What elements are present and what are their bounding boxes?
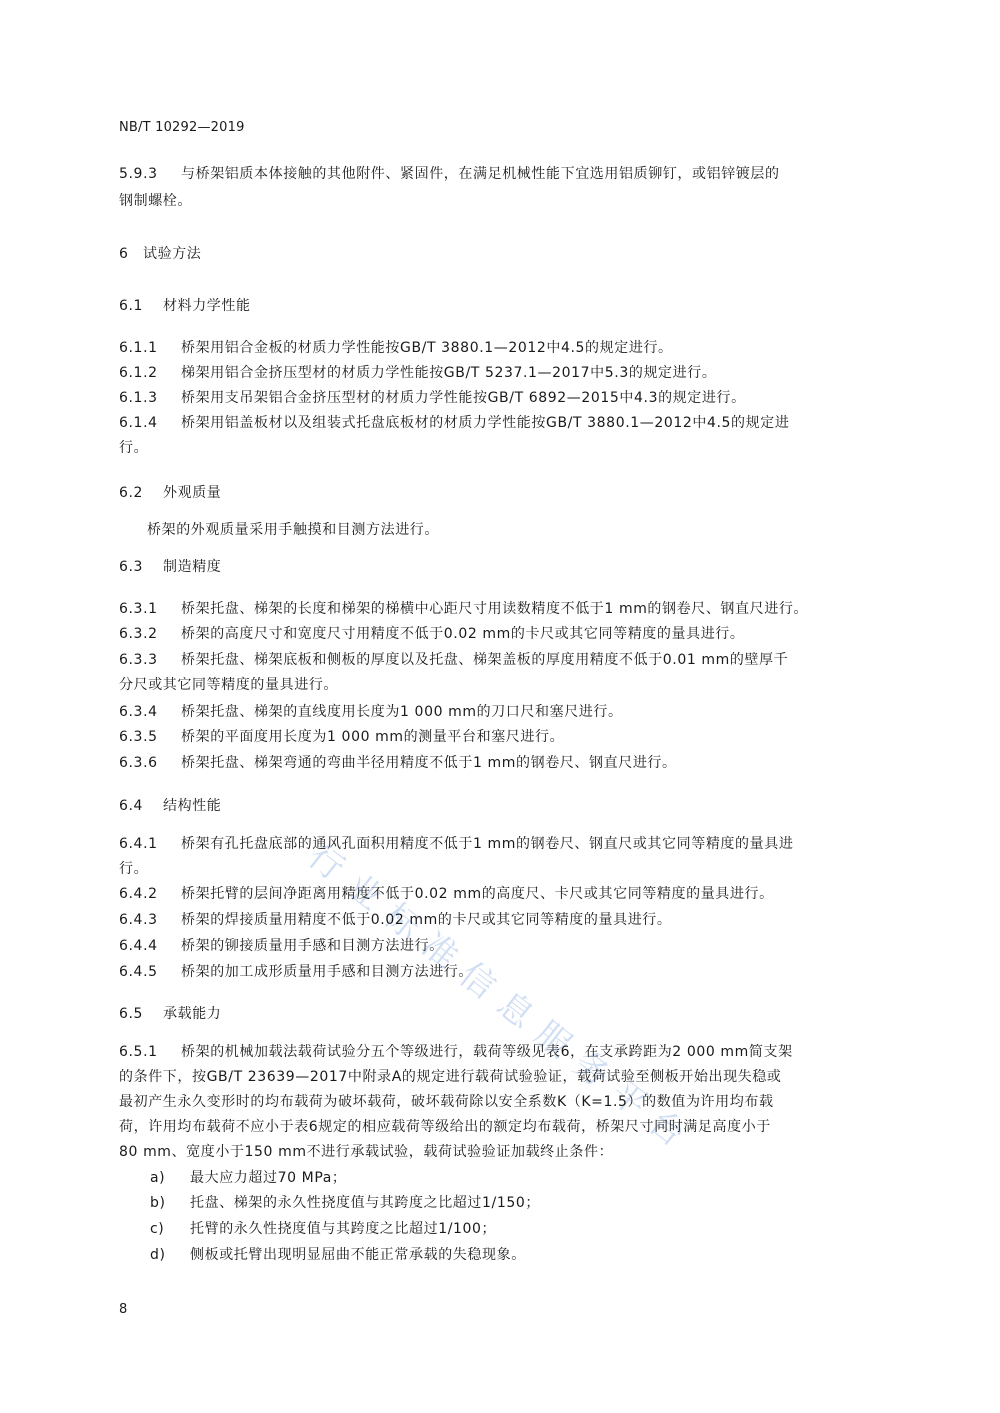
section-title: 承载能力 xyxy=(163,1006,221,1022)
clause-text: 桥架的机械加载法载荷试验分五个等级进行，载荷等级见表6，在支承跨距为2 000 … xyxy=(181,1044,793,1060)
list-text: 侧板或托臂出现明显屈曲不能正常承载的失稳现象。 xyxy=(190,1247,526,1263)
condition-item-a: a)最大应力超过70 MPa； xyxy=(150,1167,347,1187)
section-title: 结构性能 xyxy=(163,798,221,814)
clause-number: 6.4.5 xyxy=(119,964,181,980)
clause-6-3-3: 6.3.3桥架托盘、梯架底板和侧板的厚度以及托盘、梯架盖板的厚度用精度不低于0.… xyxy=(119,649,788,669)
section-number: 6.2 xyxy=(119,485,163,501)
clause-text: 桥架托盘、梯架的长度和梯架的梯横中心距尺寸用读数精度不低于1 mm的钢卷尺、钢直… xyxy=(181,601,808,617)
clause-text: 桥架有孔托盘底部的通风孔面积用精度不低于1 mm的钢卷尺、钢直尺或其它同等精度的… xyxy=(181,836,793,852)
clause-6-4-5: 6.4.5桥架的加工成形质量用手感和目测方法进行。 xyxy=(119,961,473,981)
clause-6-5-1-line5: 80 mm、宽度小于150 mm不进行承载试验，载荷试验验证加载终止条件： xyxy=(119,1141,613,1161)
section-heading-6-1: 6.1材料力学性能 xyxy=(119,295,251,315)
section-title: 材料力学性能 xyxy=(163,298,251,314)
section-title: 试验方法 xyxy=(143,246,201,262)
clause-number: 6.5.1 xyxy=(119,1044,181,1060)
clause-text: 与桥架铝质本体接触的其他附件、紧固件，在满足机械性能下宜选用铝质铆钉，或铝锌镀层… xyxy=(181,166,780,182)
list-text: 最大应力超过70 MPa； xyxy=(190,1170,347,1186)
section-number: 6.1 xyxy=(119,298,163,314)
section-6-2-body: 桥架的外观质量采用手触摸和目测方法进行。 xyxy=(147,519,439,539)
clause-text: 桥架托盘、梯架弯通的弯曲半径用精度不低于1 mm的钢卷尺、钢直尺进行。 xyxy=(181,755,677,771)
clause-6-5-1: 6.5.1桥架的机械加载法载荷试验分五个等级进行，载荷等级见表6，在支承跨距为2… xyxy=(119,1041,793,1061)
clause-text: 桥架托臂的层间净距离用精度不低于0.02 mm的高度尺、卡尺或其它同等精度的量具… xyxy=(181,886,774,902)
list-label: c) xyxy=(150,1221,190,1237)
section-title: 制造精度 xyxy=(163,559,221,575)
clause-6-3-3-cont: 分尺或其它同等精度的量具进行。 xyxy=(119,674,338,694)
clause-number: 6.4.2 xyxy=(119,886,181,902)
clause-number: 6.3.1 xyxy=(119,601,181,617)
clause-5-9-3: 5.9.3与桥架铝质本体接触的其他附件、紧固件，在满足机械性能下宜选用铝质铆钉，… xyxy=(119,163,780,183)
list-label: d) xyxy=(150,1247,190,1263)
clause-text: 桥架的铆接质量用手感和目测方法进行。 xyxy=(181,938,444,954)
clause-text: 桥架的平面度用长度为1 000 mm的测量平台和塞尺进行。 xyxy=(181,729,564,745)
clause-text: 桥架的焊接质量用精度不低于0.02 mm的卡尺或其它同等精度的量具进行。 xyxy=(181,912,672,928)
clause-6-1-2: 6.1.2梯架用铝合金挤压型材的材质力学性能按GB/T 5237.1—2017中… xyxy=(119,362,716,382)
clause-6-4-3: 6.4.3桥架的焊接质量用精度不低于0.02 mm的卡尺或其它同等精度的量具进行… xyxy=(119,909,672,929)
section-heading-6-5: 6.5承载能力 xyxy=(119,1003,221,1023)
clause-text: 梯架用铝合金挤压型材的材质力学性能按GB/T 5237.1—2017中5.3的规… xyxy=(181,365,716,381)
clause-6-3-4: 6.3.4桥架托盘、梯架的直线度用长度为1 000 mm的刀口尺和塞尺进行。 xyxy=(119,701,623,721)
clause-text: 桥架的加工成形质量用手感和目测方法进行。 xyxy=(181,964,473,980)
list-label: a) xyxy=(150,1170,190,1186)
condition-item-b: b)托盘、梯架的永久性挠度值与其跨度之比超过1/150； xyxy=(150,1192,540,1212)
section-number: 6 xyxy=(119,246,143,262)
clause-6-1-1: 6.1.1桥架用铝合金板的材质力学性能按GB/T 3880.1—2012中4.5… xyxy=(119,337,673,357)
clause-6-4-2: 6.4.2桥架托臂的层间净距离用精度不低于0.02 mm的高度尺、卡尺或其它同等… xyxy=(119,883,774,903)
clause-text: 桥架用支吊架铝合金挤压型材的材质力学性能按GB/T 6892—2015中4.3的… xyxy=(181,390,746,406)
list-text: 托盘、梯架的永久性挠度值与其跨度之比超过1/150； xyxy=(190,1195,540,1211)
clause-6-1-4-cont: 行。 xyxy=(119,437,148,457)
clause-number: 6.3.2 xyxy=(119,626,181,642)
section-number: 6.4 xyxy=(119,798,163,814)
clause-text: 桥架托盘、梯架的直线度用长度为1 000 mm的刀口尺和塞尺进行。 xyxy=(181,704,623,720)
list-label: b) xyxy=(150,1195,190,1211)
page-number: 8 xyxy=(119,1302,127,1317)
clause-6-4-4: 6.4.4桥架的铆接质量用手感和目测方法进行。 xyxy=(119,935,444,955)
clause-number: 6.1.2 xyxy=(119,365,181,381)
clause-6-4-1: 6.4.1桥架有孔托盘底部的通风孔面积用精度不低于1 mm的钢卷尺、钢直尺或其它… xyxy=(119,833,793,853)
clause-number: 6.3.4 xyxy=(119,704,181,720)
section-heading-6-4: 6.4结构性能 xyxy=(119,795,221,815)
clause-5-9-3-cont: 钢制螺栓。 xyxy=(119,190,192,210)
clause-number: 6.3.6 xyxy=(119,755,181,771)
clause-number: 6.3.3 xyxy=(119,652,181,668)
condition-item-c: c)托臂的永久性挠度值与其跨度之比超过1/100； xyxy=(150,1218,496,1238)
clause-number: 5.9.3 xyxy=(119,166,181,182)
clause-number: 6.3.5 xyxy=(119,729,181,745)
clause-6-3-2: 6.3.2桥架的高度尺寸和宽度尺寸用精度不低于0.02 mm的卡尺或其它同等精度… xyxy=(119,623,745,643)
clause-number: 6.1.4 xyxy=(119,415,181,431)
clause-number: 6.4.4 xyxy=(119,938,181,954)
section-heading-6-3: 6.3制造精度 xyxy=(119,556,221,576)
clause-text: 桥架用铝盖板材以及组装式托盘底板材的材质力学性能按GB/T 3880.1—201… xyxy=(181,415,789,431)
section-number: 6.3 xyxy=(119,559,163,575)
clause-text: 桥架用铝合金板的材质力学性能按GB/T 3880.1—2012中4.5的规定进行… xyxy=(181,340,673,356)
watermark: 行业标准信息服务平台 xyxy=(300,830,708,1164)
section-number: 6.5 xyxy=(119,1006,163,1022)
clause-6-3-1: 6.3.1桥架托盘、梯架的长度和梯架的梯横中心距尺寸用读数精度不低于1 mm的钢… xyxy=(119,598,808,618)
section-title: 外观质量 xyxy=(163,485,221,501)
clause-number: 6.1.1 xyxy=(119,340,181,356)
document-page: 行业标准信息服务平台 NB/T 10292—2019 5.9.3与桥架铝质本体接… xyxy=(0,0,1000,1413)
clause-6-5-1-line4: 荷，许用均布载荷不应小于表6规定的相应载荷等级给出的额定均布载荷，桥架尺寸同时满… xyxy=(119,1116,771,1136)
clause-number: 6.4.3 xyxy=(119,912,181,928)
clause-text: 桥架托盘、梯架底板和侧板的厚度以及托盘、梯架盖板的厚度用精度不低于0.01 mm… xyxy=(181,652,788,668)
clause-number: 6.1.3 xyxy=(119,390,181,406)
clause-number: 6.4.1 xyxy=(119,836,181,852)
clause-6-4-1-cont: 行。 xyxy=(119,858,148,878)
clause-6-1-4: 6.1.4桥架用铝盖板材以及组装式托盘底板材的材质力学性能按GB/T 3880.… xyxy=(119,412,789,432)
list-text: 托臂的永久性挠度值与其跨度之比超过1/100； xyxy=(190,1221,496,1237)
clause-6-3-6: 6.3.6桥架托盘、梯架弯通的弯曲半径用精度不低于1 mm的钢卷尺、钢直尺进行。 xyxy=(119,752,677,772)
clause-6-5-1-line3: 最初产生永久变形时的均布载荷为破坏载荷，破坏载荷除以安全系数K（K=1.5）的数… xyxy=(119,1091,774,1111)
condition-item-d: d)侧板或托臂出现明显屈曲不能正常承载的失稳现象。 xyxy=(150,1244,526,1264)
clause-6-5-1-line2: 的条件下，按GB/T 23639—2017中附录A的规定进行载荷试验验证，载荷试… xyxy=(119,1066,782,1086)
clause-6-3-5: 6.3.5桥架的平面度用长度为1 000 mm的测量平台和塞尺进行。 xyxy=(119,726,564,746)
clause-text: 桥架的高度尺寸和宽度尺寸用精度不低于0.02 mm的卡尺或其它同等精度的量具进行… xyxy=(181,626,745,642)
section-heading-6-2: 6.2外观质量 xyxy=(119,482,221,502)
section-heading-6: 6试验方法 xyxy=(119,243,201,263)
clause-6-1-3: 6.1.3桥架用支吊架铝合金挤压型材的材质力学性能按GB/T 6892—2015… xyxy=(119,387,746,407)
standard-code: NB/T 10292—2019 xyxy=(119,120,245,135)
